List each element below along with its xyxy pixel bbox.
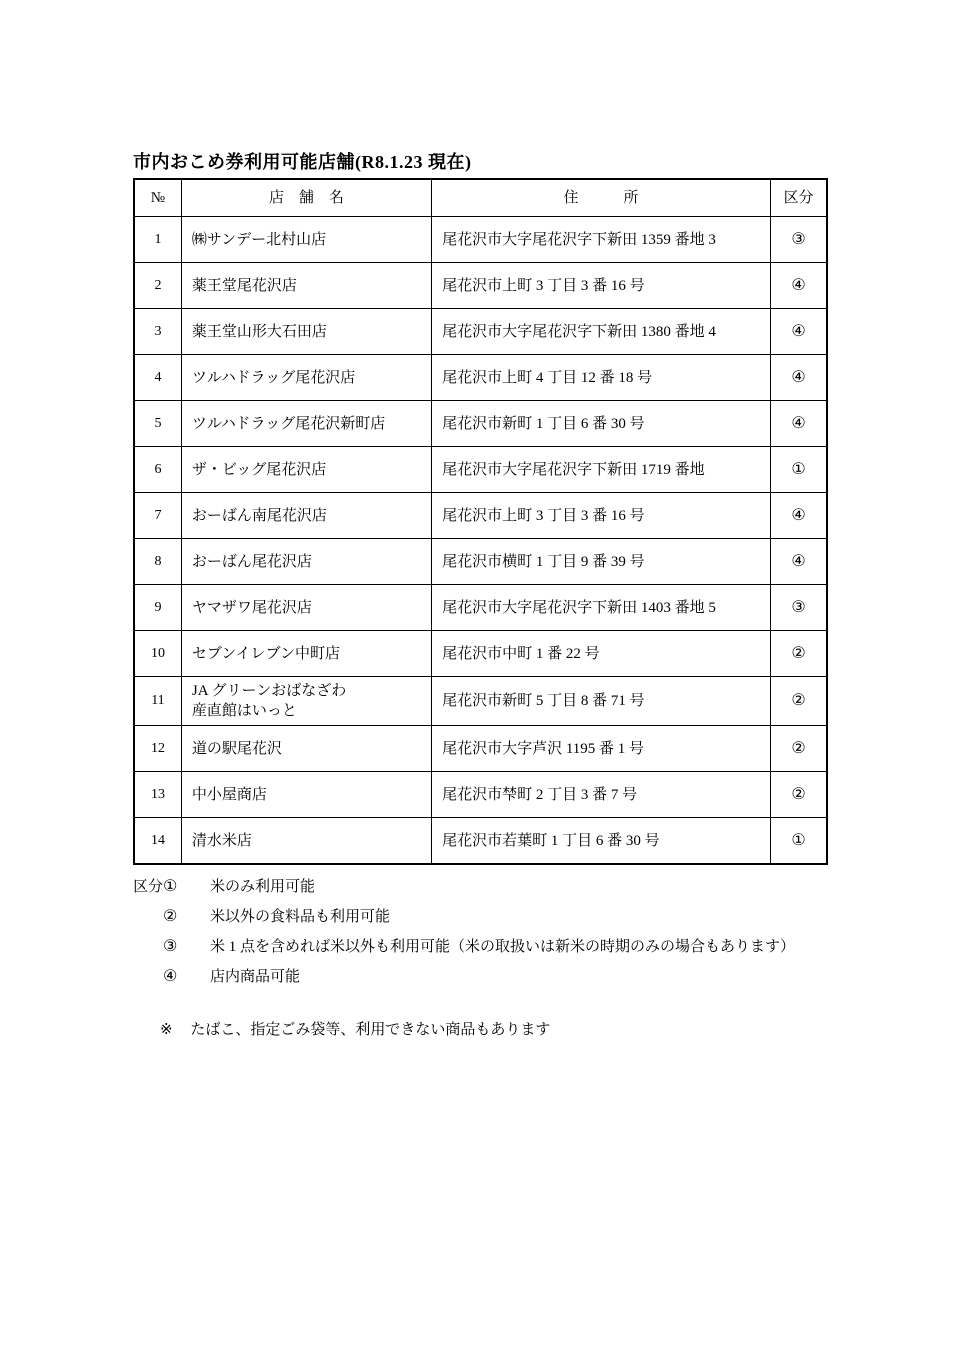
document-page: 市内おこめ券利用可能店舗(R8.1.23 現在) № 店 舗 名 住 所 区分 … <box>0 0 959 1356</box>
row-category-badge: ④ <box>770 539 827 585</box>
row-store-name: 道の駅尾花沢 <box>181 726 431 772</box>
page-title: 市内おこめ券利用可能店舗(R8.1.23 現在) <box>133 150 833 174</box>
table-row: 6 ザ・ビッグ尾花沢店 尾花沢市大字尾花沢字下新田 1719 番地 ① <box>134 447 827 493</box>
row-address: 尾花沢市新町 1 丁目 6 番 30 号 <box>432 401 771 447</box>
row-address: 尾花沢市上町 4 丁目 12 番 18 号 <box>432 355 771 401</box>
store-table-body: 1 ㈱サンデー北村山店 尾花沢市大字尾花沢字下新田 1359 番地 3 ③ 2 … <box>134 217 827 865</box>
row-address: 尾花沢市新町 5 丁目 8 番 71 号 <box>432 677 771 726</box>
table-row: 5 ツルハドラッグ尾花沢新町店 尾花沢市新町 1 丁目 6 番 30 号 ④ <box>134 401 827 447</box>
legend-circled-number: ① <box>163 872 191 902</box>
row-no: 7 <box>134 493 181 539</box>
row-store-name: 薬王堂尾花沢店 <box>181 263 431 309</box>
table-row: 7 おーばん南尾花沢店 尾花沢市上町 3 丁目 3 番 16 号 ④ <box>134 493 827 539</box>
row-no: 6 <box>134 447 181 493</box>
row-category-badge: ④ <box>770 355 827 401</box>
table-row: 12 道の駅尾花沢 尾花沢市大字芦沢 1195 番 1 号 ② <box>134 726 827 772</box>
table-row: 10 セブンイレブン中町店 尾花沢市中町 1 番 22 号 ② <box>134 631 827 677</box>
row-no: 10 <box>134 631 181 677</box>
header-address: 住 所 <box>432 179 771 217</box>
legend-circled-number: ② <box>163 902 191 932</box>
row-store-name: ツルハドラッグ尾花沢新町店 <box>181 401 431 447</box>
footnote-text: たばこ、指定ごみ袋等、利用できない商品もあります <box>190 1022 550 1038</box>
row-address: 尾花沢市中町 1 番 22 号 <box>432 631 771 677</box>
legend-label: 区分 <box>133 872 163 902</box>
row-store-name: 薬王堂山形大石田店 <box>181 309 431 355</box>
row-no: 3 <box>134 309 181 355</box>
row-category-badge: ② <box>770 631 827 677</box>
row-store-name: ツルハドラッグ尾花沢店 <box>181 355 431 401</box>
table-row: 2 薬王堂尾花沢店 尾花沢市上町 3 丁目 3 番 16 号 ④ <box>134 263 827 309</box>
legend-text: 米 1 点を含めれば米以外も利用可能（米の取扱いは新米の時期のみの場合もあります… <box>210 932 795 962</box>
category-legend: 区分 ① 米のみ利用可能 ② 米以外の食料品も利用可能 ③ 米 1 点を含めれば… <box>133 872 833 992</box>
row-address: 尾花沢市大字尾花沢字下新田 1403 番地 5 <box>432 585 771 631</box>
table-row: 1 ㈱サンデー北村山店 尾花沢市大字尾花沢字下新田 1359 番地 3 ③ <box>134 217 827 263</box>
legend-item: ④ 店内商品可能 <box>133 962 833 992</box>
legend-text: 米以外の食料品も利用可能 <box>210 902 390 932</box>
row-no: 11 <box>134 677 181 726</box>
row-address: 尾花沢市大字尾花沢字下新田 1380 番地 4 <box>432 309 771 355</box>
row-no: 4 <box>134 355 181 401</box>
row-address: 尾花沢市大字尾花沢字下新田 1719 番地 <box>432 447 771 493</box>
legend-text: 店内商品可能 <box>210 962 300 992</box>
store-table: № 店 舗 名 住 所 区分 1 ㈱サンデー北村山店 尾花沢市大字尾花沢字下新田… <box>133 178 828 865</box>
legend-circled-number: ④ <box>163 962 191 992</box>
row-address: 尾花沢市大字尾花沢字下新田 1359 番地 3 <box>432 217 771 263</box>
row-store-name: 清水米店 <box>181 818 431 865</box>
row-store-name: ㈱サンデー北村山店 <box>181 217 431 263</box>
table-row: 14 清水米店 尾花沢市若葉町 1 丁目 6 番 30 号 ① <box>134 818 827 865</box>
row-category-badge: ② <box>770 772 827 818</box>
table-row: 8 おーばん尾花沢店 尾花沢市横町 1 丁目 9 番 39 号 ④ <box>134 539 827 585</box>
row-category-badge: ② <box>770 726 827 772</box>
row-no: 1 <box>134 217 181 263</box>
row-no: 2 <box>134 263 181 309</box>
row-store-name: JA グリーンおばなざわ 産直館はいっと <box>181 677 431 726</box>
row-address: 尾花沢市若葉町 1 丁目 6 番 30 号 <box>432 818 771 865</box>
row-store-name: セブンイレブン中町店 <box>181 631 431 677</box>
row-store-name: おーばん南尾花沢店 <box>181 493 431 539</box>
header-no: № <box>134 179 181 217</box>
row-store-name: ヤマザワ尾花沢店 <box>181 585 431 631</box>
legend-item: 区分 ① 米のみ利用可能 <box>133 872 833 902</box>
row-no: 12 <box>134 726 181 772</box>
row-category-badge: ① <box>770 447 827 493</box>
table-row: 4 ツルハドラッグ尾花沢店 尾花沢市上町 4 丁目 12 番 18 号 ④ <box>134 355 827 401</box>
legend-item: ③ 米 1 点を含めれば米以外も利用可能（米の取扱いは新米の時期のみの場合もあり… <box>133 932 833 962</box>
legend-circled-number: ③ <box>163 932 191 962</box>
row-store-name: ザ・ビッグ尾花沢店 <box>181 447 431 493</box>
store-table-header: № 店 舗 名 住 所 区分 <box>134 179 827 217</box>
document-content: 市内おこめ券利用可能店舗(R8.1.23 現在) № 店 舗 名 住 所 区分 … <box>133 150 833 1042</box>
row-category-badge: ④ <box>770 493 827 539</box>
row-no: 5 <box>134 401 181 447</box>
row-address: 尾花沢市横町 1 丁目 9 番 39 号 <box>432 539 771 585</box>
table-row: 3 薬王堂山形大石田店 尾花沢市大字尾花沢字下新田 1380 番地 4 ④ <box>134 309 827 355</box>
row-address: 尾花沢市大字芦沢 1195 番 1 号 <box>432 726 771 772</box>
row-store-name: おーばん尾花沢店 <box>181 539 431 585</box>
header-category: 区分 <box>770 179 827 217</box>
row-category-badge: ④ <box>770 309 827 355</box>
row-address: 尾花沢市梺町 2 丁目 3 番 7 号 <box>432 772 771 818</box>
table-row: 11 JA グリーンおばなざわ 産直館はいっと 尾花沢市新町 5 丁目 8 番 … <box>134 677 827 726</box>
legend-text: 米のみ利用可能 <box>210 872 315 902</box>
footnote-mark: ※ <box>160 1018 173 1042</box>
table-row: 9 ヤマザワ尾花沢店 尾花沢市大字尾花沢字下新田 1403 番地 5 ③ <box>134 585 827 631</box>
row-category-badge: ③ <box>770 217 827 263</box>
header-row: № 店 舗 名 住 所 区分 <box>134 179 827 217</box>
footnote: ※ たばこ、指定ごみ袋等、利用できない商品もあります <box>160 1018 833 1042</box>
row-category-badge: ① <box>770 818 827 865</box>
row-address: 尾花沢市上町 3 丁目 3 番 16 号 <box>432 493 771 539</box>
row-no: 8 <box>134 539 181 585</box>
row-no: 9 <box>134 585 181 631</box>
row-category-badge: ④ <box>770 263 827 309</box>
row-category-badge: ④ <box>770 401 827 447</box>
row-no: 14 <box>134 818 181 865</box>
table-row: 13 中小屋商店 尾花沢市梺町 2 丁目 3 番 7 号 ② <box>134 772 827 818</box>
row-category-badge: ③ <box>770 585 827 631</box>
row-no: 13 <box>134 772 181 818</box>
row-store-name: 中小屋商店 <box>181 772 431 818</box>
header-store-name: 店 舗 名 <box>181 179 431 217</box>
legend-item: ② 米以外の食料品も利用可能 <box>133 902 833 932</box>
row-category-badge: ② <box>770 677 827 726</box>
row-address: 尾花沢市上町 3 丁目 3 番 16 号 <box>432 263 771 309</box>
